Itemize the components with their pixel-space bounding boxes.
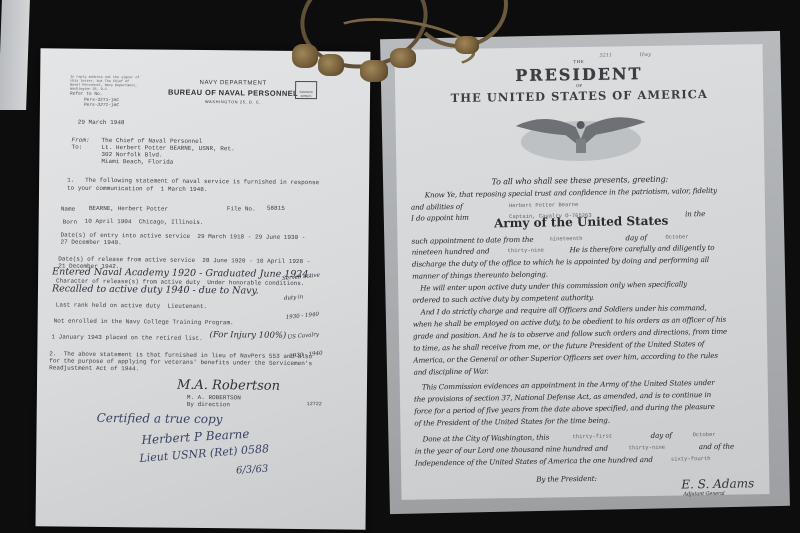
army-commission-certificate: 5211 Hwy THE PRESIDENT OF THE UNITED STA… [394, 44, 769, 500]
retired-line: 1 January 1943 placed on the retired lis… [51, 333, 202, 342]
done-day: thirty-first [573, 433, 613, 441]
certification-line-1: Certified a true copy [97, 411, 223, 426]
handwritten-injury-note: (For Injury 100%) [209, 330, 286, 341]
return-address: In reply address not the signer of this … [70, 76, 140, 93]
born-value: 10 April 1904 Chicago, Illinois. [85, 218, 204, 227]
appointment-month: October [665, 233, 688, 240]
refer-to-block: Refer to No. Pers-3271-jmC Pers-3271-jmC [70, 92, 119, 109]
independence-year: sixty-fourth [671, 455, 711, 463]
appointment-day: nineteenth [549, 235, 582, 243]
navy-service-letter: In reply address not the signer of this … [36, 48, 371, 529]
name-value: BEARNE, Herbert Potter [89, 205, 168, 213]
signer-title: By direction [187, 401, 230, 409]
paragraph-1: 1. The following statement of naval serv… [67, 177, 319, 195]
letterhead: NAVY DEPARTMENT BUREAU OF NAVAL PERSONNE… [158, 80, 308, 106]
adjutant-signature: E. S. Adams [681, 476, 754, 491]
eagle-emblem-icon [505, 104, 656, 162]
letter-date: 29 March 1948 [78, 119, 125, 127]
adjutant-title: Adjutant General [683, 491, 724, 498]
background-paper-edge [0, 0, 30, 110]
signature: M.A. Robertson [177, 378, 280, 394]
done-month: October [693, 431, 716, 438]
form-code: 12722 [307, 401, 322, 409]
recipient-name: Herbert Potter Bearne [509, 201, 578, 209]
file-number: 58815 [267, 205, 285, 213]
certification-date: 6/3/63 [236, 464, 269, 477]
done-year: thirty-nine [629, 444, 665, 452]
handwritten-recall-note: Recalled to active duty 1940 - due to Na… [52, 283, 259, 296]
appointment-year: thirty-nine [508, 247, 544, 255]
savings-bonds-stamp: SAVINGS BONDS [295, 81, 317, 99]
